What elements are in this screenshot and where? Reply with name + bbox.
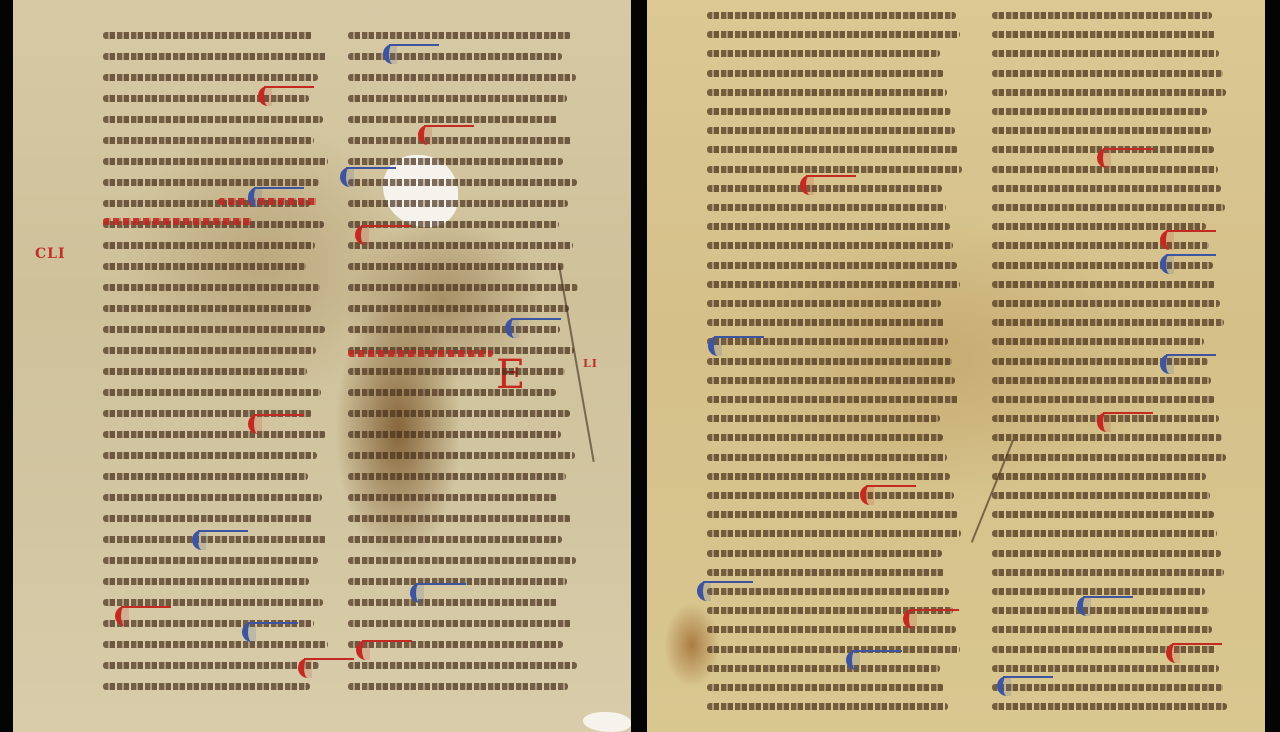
pen-flourish — [198, 530, 248, 532]
pen-flourish — [1103, 148, 1153, 150]
script-line — [992, 665, 1219, 672]
script-line — [103, 599, 323, 606]
script-line — [103, 662, 319, 669]
script-line — [348, 662, 577, 669]
pen-flourish — [1166, 230, 1216, 232]
script-line — [348, 641, 563, 648]
script-line — [707, 166, 962, 173]
script-line — [103, 116, 323, 123]
script-line — [992, 684, 1223, 691]
script-line — [348, 326, 560, 333]
script-line — [103, 284, 320, 291]
red-initial-icon — [903, 609, 917, 629]
script-line — [103, 578, 309, 585]
script-line — [348, 32, 571, 39]
script-line — [103, 179, 319, 186]
script-line — [103, 431, 326, 438]
script-line — [348, 242, 573, 249]
script-line — [992, 300, 1220, 307]
script-line — [707, 434, 943, 441]
script-line — [348, 305, 569, 312]
red-initial-icon — [355, 225, 369, 245]
red-initial-icon — [115, 606, 129, 626]
script-line — [707, 588, 949, 595]
script-line — [707, 492, 954, 499]
script-line — [707, 31, 960, 38]
pen-flourish — [389, 44, 439, 46]
pen-flourish — [304, 658, 354, 660]
script-line — [707, 108, 951, 115]
red-initial-icon — [356, 640, 370, 660]
pen-flourish — [1166, 354, 1216, 356]
blue-initial-icon — [997, 676, 1011, 696]
rubric-line — [103, 218, 253, 225]
script-line — [103, 263, 306, 270]
script-line — [707, 50, 940, 57]
script-line — [707, 665, 940, 672]
pen-flourish — [1166, 254, 1216, 256]
red-initial-icon — [1166, 643, 1180, 663]
red-initial-icon — [860, 485, 874, 505]
script-line — [707, 626, 956, 633]
script-line — [103, 53, 327, 60]
script-line — [992, 358, 1208, 365]
parchment-hole — [383, 155, 458, 227]
pen-flourish — [254, 187, 304, 189]
script-line — [707, 530, 961, 537]
script-line — [992, 473, 1206, 480]
script-line — [707, 89, 947, 96]
script-line — [992, 242, 1209, 249]
script-line — [707, 684, 944, 691]
pen-flourish — [254, 414, 304, 416]
script-line — [348, 410, 570, 417]
script-line — [348, 494, 557, 501]
script-line — [992, 12, 1212, 19]
script-line — [348, 263, 564, 270]
script-line — [707, 396, 959, 403]
script-line — [992, 454, 1226, 461]
pen-flourish — [714, 336, 764, 338]
script-line — [992, 607, 1209, 614]
script-line — [103, 515, 313, 522]
script-line — [707, 223, 950, 230]
blue-initial-icon — [1160, 354, 1174, 374]
script-line — [348, 53, 562, 60]
script-line — [103, 641, 328, 648]
script-line — [992, 588, 1205, 595]
pen-flourish — [909, 609, 959, 611]
script-line — [707, 242, 953, 249]
pen-flourish — [866, 485, 916, 487]
blue-initial-icon — [242, 622, 256, 642]
script-line — [707, 319, 945, 326]
rubric-line — [218, 198, 318, 205]
script-line — [992, 550, 1221, 557]
script-line — [348, 74, 576, 81]
column-numeral: LI — [583, 357, 598, 370]
script-line — [103, 242, 315, 249]
script-line — [707, 550, 942, 557]
pen-flourish — [852, 650, 902, 652]
blue-initial-icon — [248, 187, 262, 207]
pen-flourish — [121, 606, 171, 608]
script-line — [707, 473, 950, 480]
script-line — [992, 185, 1221, 192]
script-line — [992, 492, 1210, 499]
script-line — [348, 620, 572, 627]
red-initial-icon — [1160, 230, 1174, 250]
script-line — [103, 683, 310, 690]
script-line — [348, 389, 556, 396]
script-line — [992, 50, 1219, 57]
script-line — [992, 108, 1207, 115]
pen-flourish — [416, 583, 466, 585]
pen-flourish — [511, 318, 561, 320]
script-line — [707, 646, 960, 653]
script-line — [348, 557, 576, 564]
script-line — [103, 347, 316, 354]
script-line — [992, 319, 1224, 326]
script-line — [348, 473, 566, 480]
red-initial-icon — [1097, 148, 1111, 168]
script-line — [707, 262, 957, 269]
script-line — [348, 116, 558, 123]
script-line — [348, 284, 578, 291]
pen-flourish — [703, 581, 753, 583]
script-line — [707, 703, 948, 710]
script-line — [707, 300, 941, 307]
script-line — [992, 262, 1213, 269]
script-line — [707, 415, 940, 422]
script-line — [348, 536, 562, 543]
script-line — [103, 32, 313, 39]
script-line — [992, 70, 1223, 77]
script-line — [348, 515, 571, 522]
pen-flourish — [264, 86, 314, 88]
script-line — [348, 200, 568, 207]
script-line — [348, 452, 575, 459]
blue-initial-icon — [410, 583, 424, 603]
script-line — [992, 703, 1227, 710]
blue-initial-icon — [846, 650, 860, 670]
script-line — [348, 95, 567, 102]
folio-number: CLI — [35, 246, 66, 262]
script-line — [992, 530, 1217, 537]
script-line — [992, 626, 1212, 633]
script-line — [348, 137, 572, 144]
pen-flourish — [362, 640, 412, 642]
script-line — [992, 434, 1222, 441]
pen-flourish — [248, 622, 298, 624]
script-line — [707, 70, 944, 77]
script-line — [707, 146, 958, 153]
script-line — [103, 473, 308, 480]
pen-flourish — [346, 167, 396, 169]
script-line — [707, 511, 958, 518]
script-line — [992, 281, 1216, 288]
script-line — [992, 569, 1224, 576]
blue-initial-icon — [697, 581, 711, 601]
script-line — [348, 683, 568, 690]
script-line — [992, 646, 1216, 653]
script-line — [103, 95, 309, 102]
script-line — [348, 431, 561, 438]
script-line — [707, 569, 945, 576]
red-initial-icon — [1097, 412, 1111, 432]
script-line — [348, 179, 577, 186]
script-line — [707, 338, 948, 345]
pen-flourish — [1172, 643, 1222, 645]
script-line — [992, 127, 1211, 134]
script-line — [992, 31, 1216, 38]
rubric-line — [348, 350, 493, 357]
blue-initial-icon — [192, 530, 206, 550]
pen-flourish — [806, 175, 856, 177]
script-line — [992, 338, 1204, 345]
script-line — [348, 368, 565, 375]
script-line — [707, 377, 955, 384]
pen-flourish — [1003, 676, 1053, 678]
pen-flourish — [1083, 596, 1133, 598]
script-line — [103, 326, 325, 333]
script-line — [103, 158, 328, 165]
script-line — [707, 12, 956, 19]
script-line — [707, 281, 960, 288]
script-line — [707, 127, 955, 134]
pen-flourish — [1103, 412, 1153, 414]
blue-initial-icon — [383, 44, 397, 64]
script-line — [103, 494, 322, 501]
red-initial-icon — [418, 125, 432, 145]
script-line — [707, 185, 942, 192]
script-line — [348, 158, 563, 165]
script-line — [992, 204, 1225, 211]
script-line — [707, 204, 946, 211]
script-line — [992, 511, 1214, 518]
script-line — [707, 454, 947, 461]
script-line — [348, 599, 558, 606]
script-line — [103, 389, 321, 396]
script-line — [103, 557, 318, 564]
script-line — [992, 396, 1215, 403]
script-line — [103, 452, 317, 459]
script-line — [103, 137, 314, 144]
script-line — [103, 305, 311, 312]
blue-initial-icon — [505, 318, 519, 338]
red-initial-icon — [298, 658, 312, 678]
pen-flourish — [424, 125, 474, 127]
red-initial-icon — [800, 175, 814, 195]
script-line — [103, 368, 307, 375]
script-line — [992, 377, 1211, 384]
script-line — [707, 358, 952, 365]
red-initial-icon — [258, 86, 272, 106]
parchment-tear — [583, 712, 631, 732]
blue-initial-icon — [1077, 596, 1091, 616]
blue-initial-icon — [340, 167, 354, 187]
blue-initial-icon — [708, 336, 722, 356]
left-manuscript-page: CLI LI E — [13, 0, 631, 732]
script-line — [992, 89, 1226, 96]
script-line — [103, 74, 318, 81]
pen-flourish — [361, 225, 411, 227]
script-line — [103, 536, 327, 543]
red-initial-icon — [248, 414, 262, 434]
blue-initial-icon — [1160, 254, 1174, 274]
